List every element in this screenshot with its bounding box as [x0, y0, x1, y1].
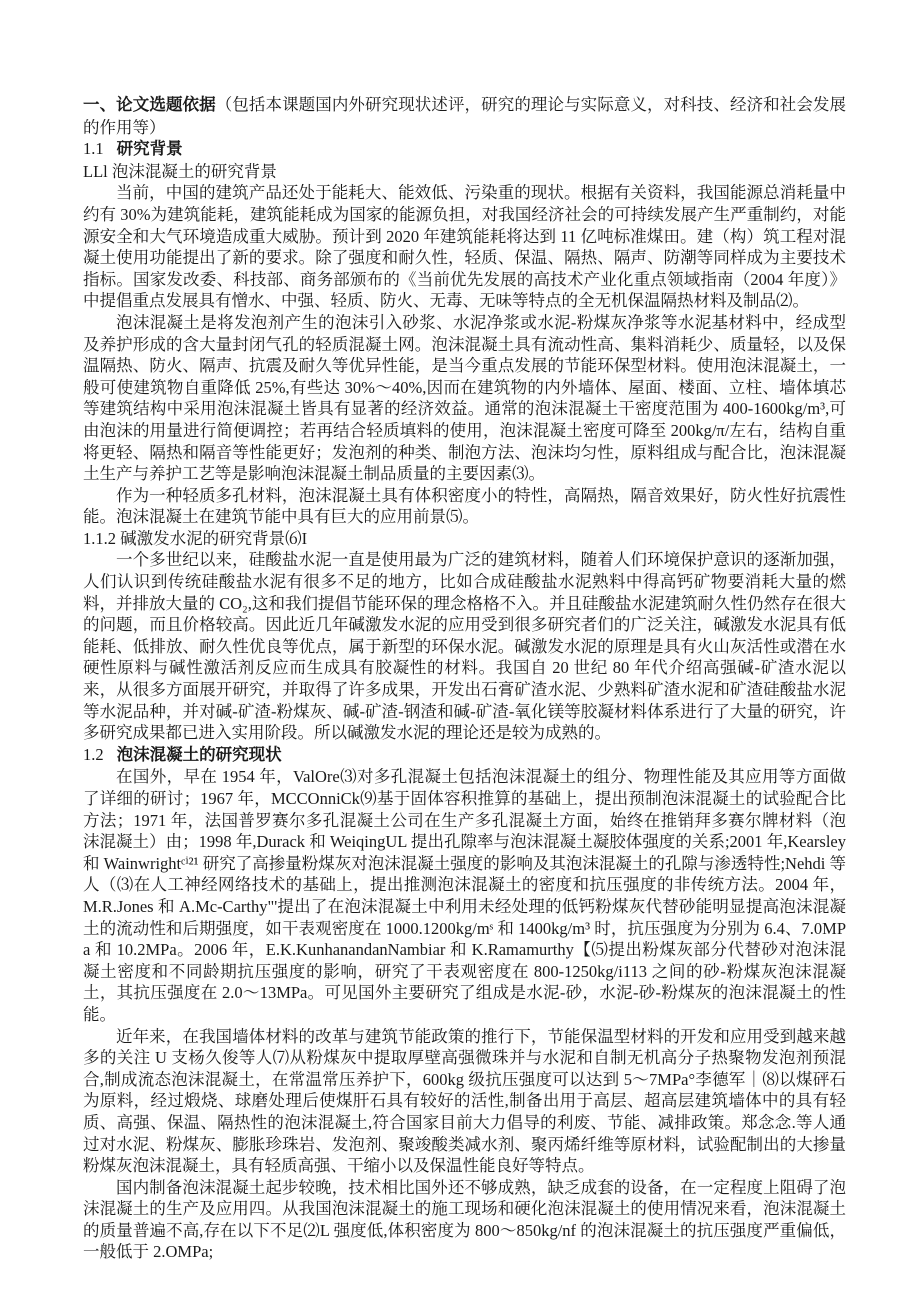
paragraph-foreign-research: 在国外，早在 1954 年，ValOre⑶对多孔混凝土包括泡沫混凝土的组分、物理… [83, 766, 846, 1025]
section-1-2-heading: 1.2泡沫混凝土的研究现状 [83, 744, 846, 767]
paragraph-domestic-shortcomings: 国内制备泡沫混凝土起步较晚，技术相比国外还不够成熟，缺乏成套的设备，在一定程度上… [83, 1177, 846, 1263]
document-body: 一、论文选题依据（包括本课题国内外研究现状述评，研究的理论与实际意义，对科技、经… [83, 94, 846, 1263]
main-heading-title: 一、论文选题依据 [83, 96, 216, 114]
section-1-1-title: 研究背景 [117, 140, 183, 158]
paragraph-foam-concrete-advantages: 作为一种轻质多孔材料，泡沫混凝土具有体积密度小的特性，高隔热，隔音效果好，防火性… [83, 485, 846, 528]
main-heading: 一、论文选题依据（包括本课题国内外研究现状述评，研究的理论与实际意义，对科技、经… [83, 94, 846, 138]
section-1-2-number: 1.2 [83, 745, 104, 764]
paragraph-building-energy: 当前，中国的建筑产品还处于能耗大、能效低、污染重的现状。根据有关资料，我国能源总… [83, 182, 846, 312]
paragraph-alkali-activated-cement: 一个多世纪以来，硅酸盐水泥一直是使用最为广泛的建筑材料，随着人们环境保护意识的逐… [83, 549, 846, 743]
section-1-1-heading: 1.1研究背景 [83, 138, 846, 161]
section-1-1-number: 1.1 [83, 139, 104, 158]
section-1-2-title: 泡沫混凝土的研究现状 [117, 746, 282, 764]
subsection-1-1-1-heading: LLl 泡沫混凝土的研究背景 [83, 161, 846, 183]
paragraph-foam-concrete-intro: 泡沫混凝土是将发泡剂产生的泡沫引入砂浆、水泥净浆或水泥-粉煤灰净浆等水泥基材料中… [83, 312, 846, 485]
document-page: 一、论文选题依据（包括本课题国内外研究现状述评，研究的理论与实际意义，对科技、经… [0, 0, 920, 1301]
paragraph-domestic-research: 近年来，在我国墙体材料的改革与建筑节能政策的推行下，节能保温型材料的开发和应用受… [83, 1026, 846, 1177]
subsection-1-1-2-heading: 1.1.2 碱激发水泥的研究背景⑹I [83, 528, 846, 550]
